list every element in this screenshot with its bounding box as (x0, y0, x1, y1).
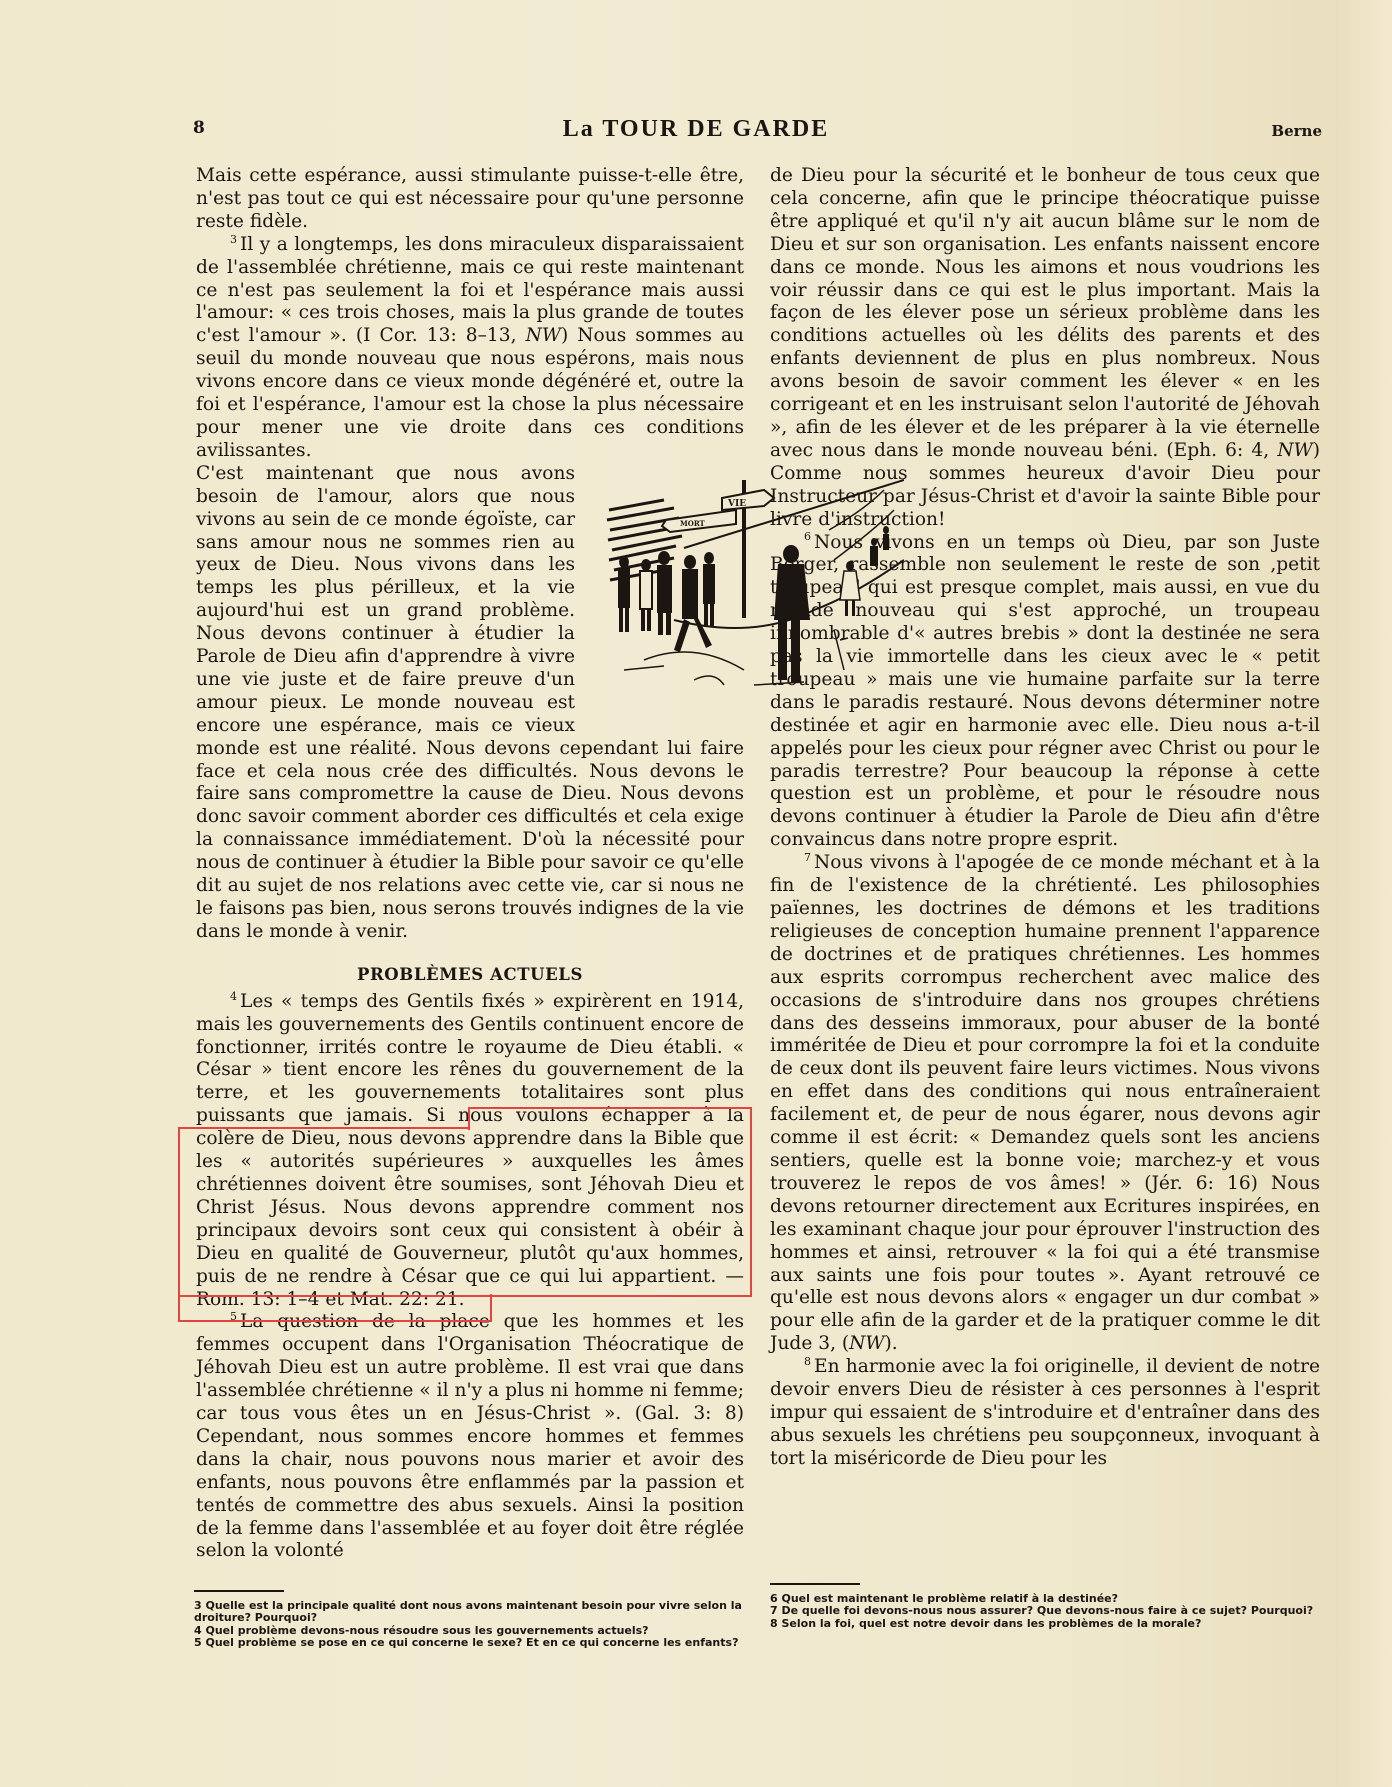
paragraph-intro: Mais cette espérance, aussi stimulante p… (196, 165, 744, 234)
sign-mort-label: MORT (680, 519, 706, 528)
sign-vie-label: VIE (727, 499, 746, 509)
paragraph-number: 5 (230, 1310, 237, 1323)
right-column: de Dieu pour la sécurité et le bonheur d… (770, 165, 1320, 1471)
study-question: 5 Quel problème se pose en ce qui concer… (194, 1637, 742, 1649)
edition-label: Berne (1271, 122, 1322, 140)
paragraph-4: 4Les « temps des Gentils fixés » expirèr… (196, 991, 744, 1312)
highlighted-passage: Si nous voulons échapper à la colère de … (196, 1105, 744, 1309)
page-header: 8 La TOUR DE GARDE Berne (0, 118, 1392, 148)
paragraph-5: 5La question de la place que les hommes … (196, 1311, 744, 1563)
paragraph-number: 8 (804, 1355, 811, 1368)
section-subheading: PROBLÈMES ACTUELS (196, 964, 744, 987)
paragraph-3: 3Il y a longtemps, les dons miraculeux d… (196, 234, 744, 463)
magazine-page: 8 La TOUR DE GARDE Berne Mais cette espé… (0, 0, 1392, 1787)
study-question: 8 Selon la foi, quel est notre devoir da… (770, 1618, 1320, 1630)
left-column: Mais cette espérance, aussi stimulante p… (196, 165, 744, 1563)
paragraph-number: 7 (804, 851, 811, 864)
study-question: 7 De quelle foi devons-nous nous assurer… (770, 1605, 1320, 1617)
footnote-rule (770, 1583, 860, 1585)
paragraph-number: 4 (230, 990, 237, 1003)
masthead-title: La TOUR DE GARDE (0, 116, 1392, 143)
crossroads-illustration: VIE MORT (604, 470, 904, 698)
study-questions-right: 6 Quel est maintenant le problème relati… (770, 1583, 1320, 1630)
footnote-rule (194, 1590, 284, 1592)
paragraph-number: 3 (230, 233, 237, 246)
study-question: 3 Quelle est la principale qualité dont … (194, 1600, 742, 1625)
paragraph-8: 8En harmonie avec la foi originelle, il … (770, 1356, 1320, 1471)
paragraph-7: 7Nous vivons à l'apogée de ce monde méch… (770, 852, 1320, 1356)
study-questions-left: 3 Quelle est la principale qualité dont … (194, 1590, 742, 1650)
